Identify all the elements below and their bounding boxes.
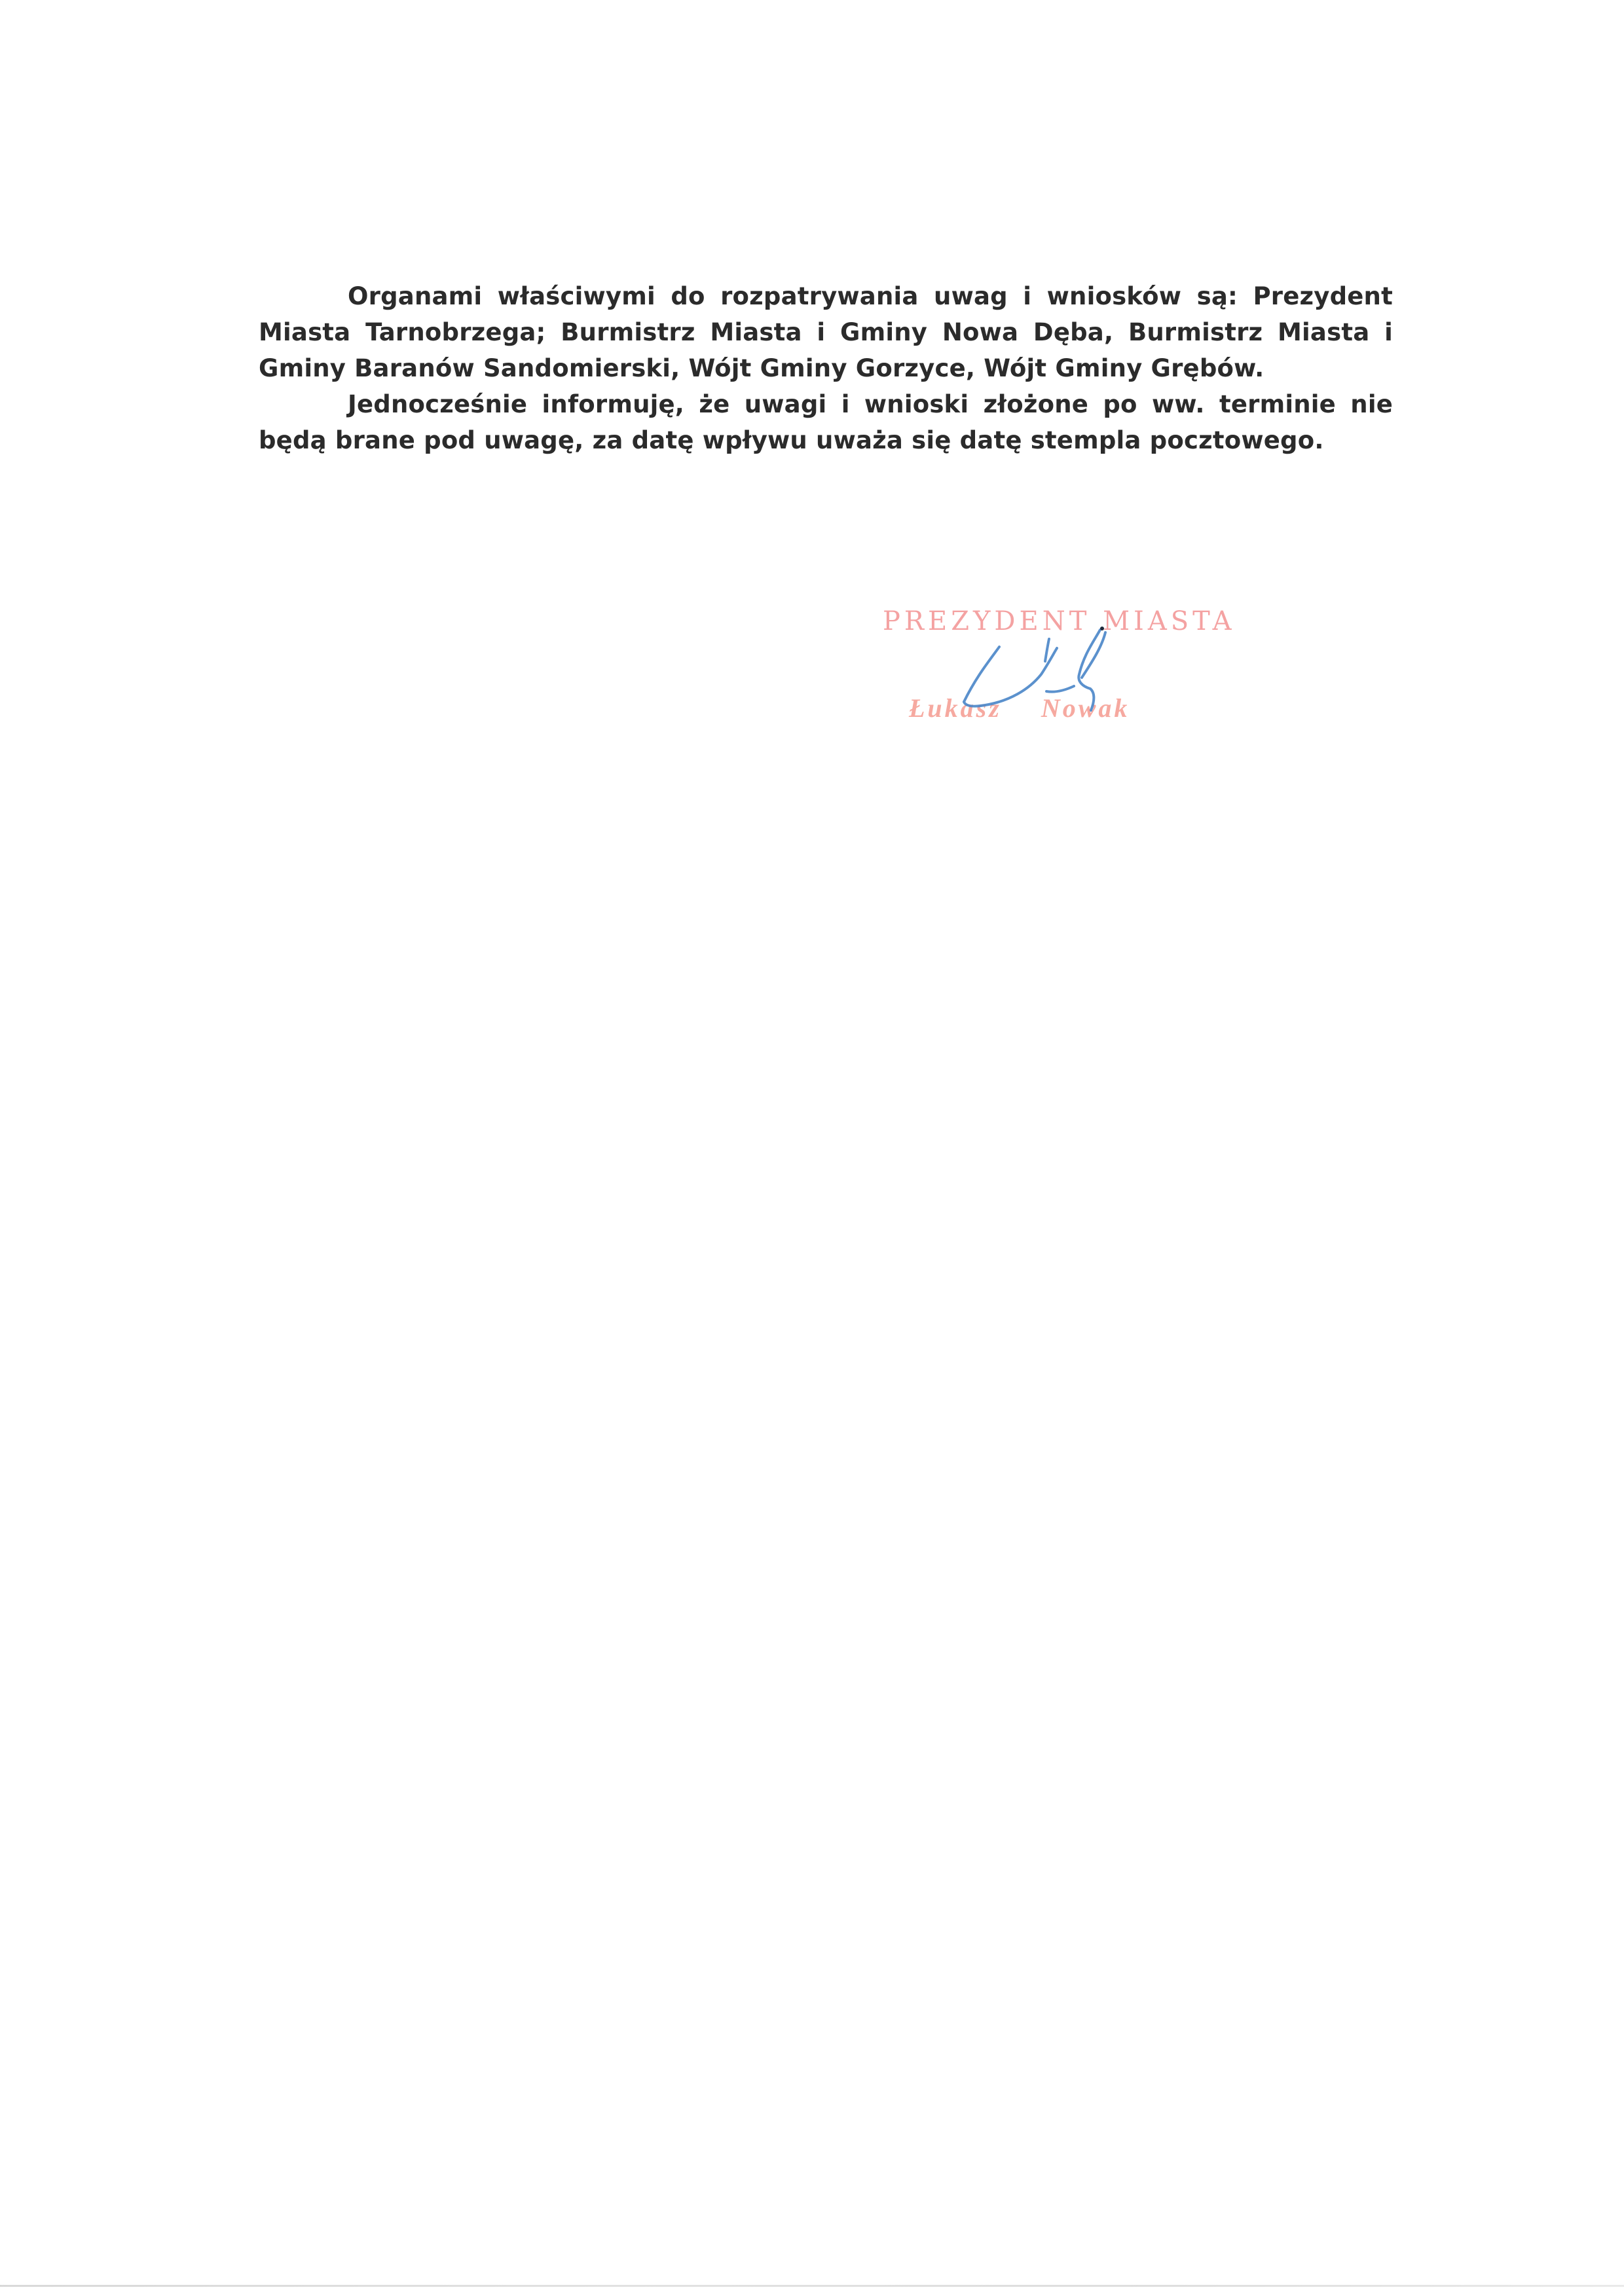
stamp-first-name: Łukasz [909, 693, 1002, 723]
stamp-title: PREZYDENT MIASTA [883, 606, 1236, 636]
stamp-name: ŁukaszNowak [909, 693, 1130, 723]
stamp-last-name: Nowak [1041, 693, 1130, 723]
document-page: Organami właściwymi do rozpatrywania uwa… [0, 0, 1624, 2296]
letter-body: Organami właściwymi do rozpatrywania uwa… [259, 278, 1393, 458]
signature-stamp: PREZYDENT MIASTA ŁukaszNowak [851, 576, 1244, 733]
scan-edge-line [0, 2285, 1624, 2287]
paragraph-competent-authorities: Organami właściwymi do rozpatrywania uwa… [259, 278, 1393, 386]
paragraph-deadline-notice: Jednocześnie informuję, że uwagi i wnios… [259, 386, 1393, 458]
